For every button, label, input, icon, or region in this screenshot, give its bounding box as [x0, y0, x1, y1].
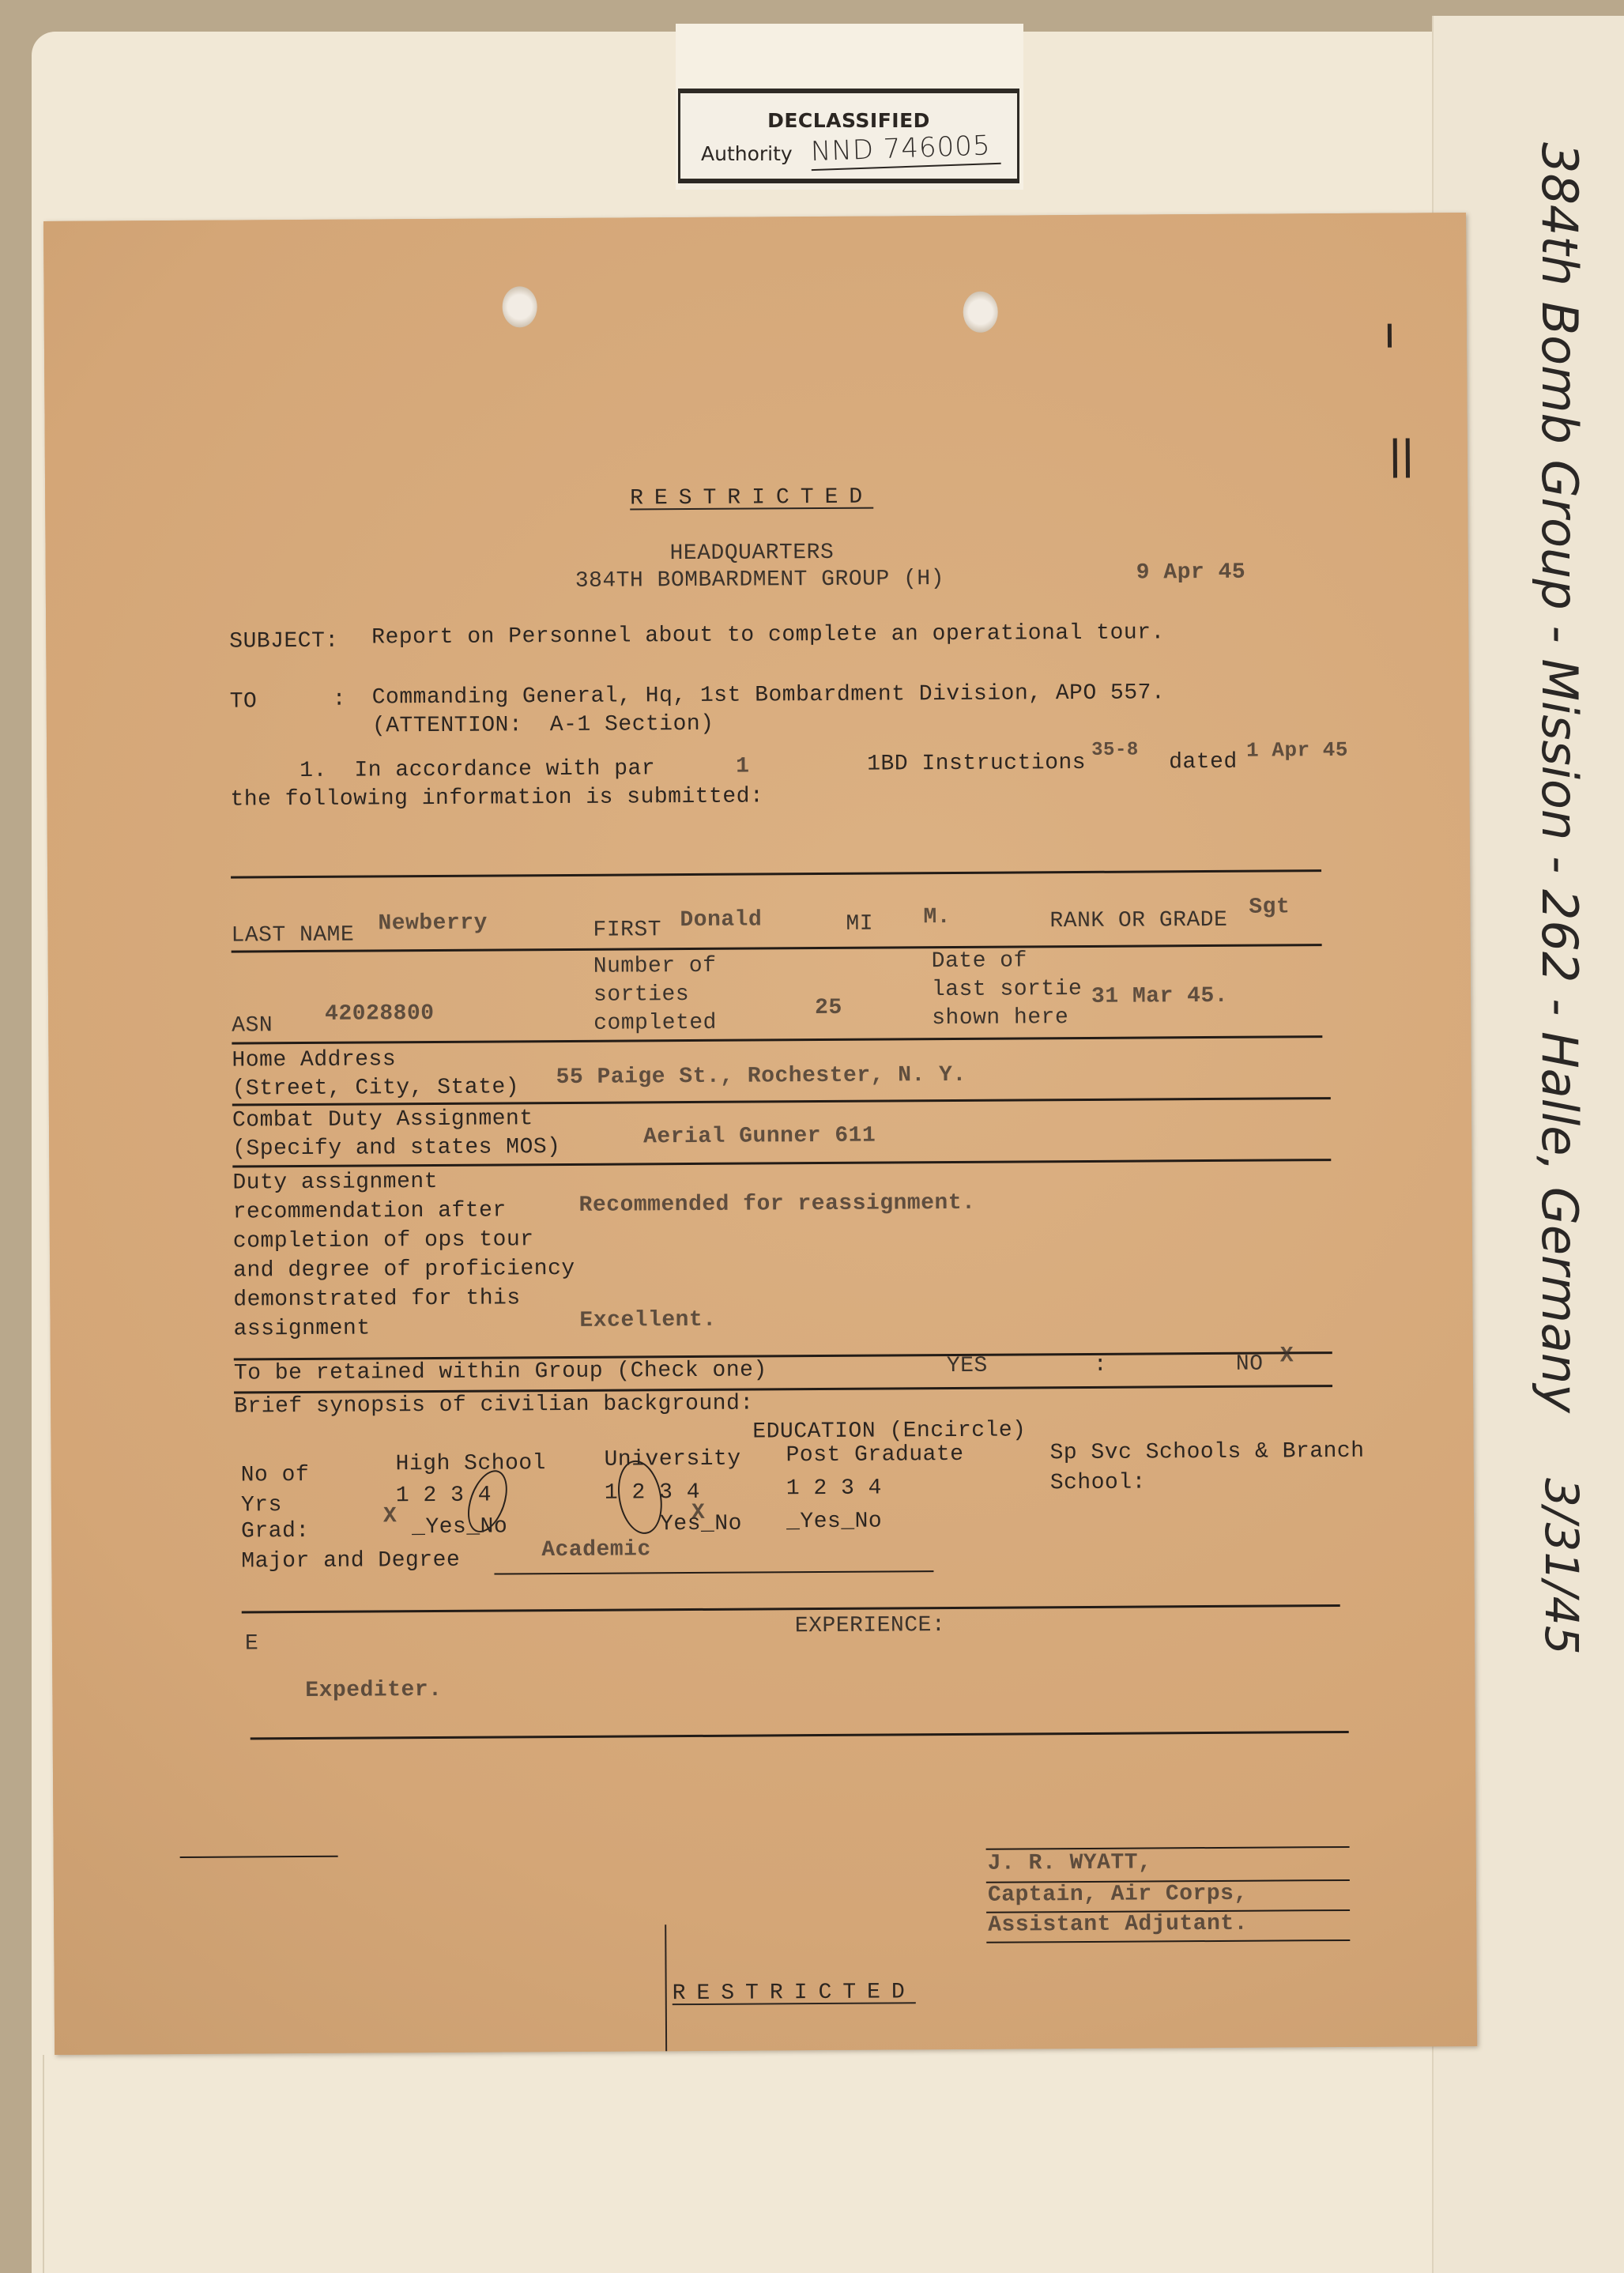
form-rule [251, 1731, 1349, 1740]
para1-dated-label: dated [1169, 750, 1238, 775]
margin-note: 384th Bomb Group - Mission - 262 - Halle… [1531, 142, 1588, 1413]
mi-label: MI [846, 912, 873, 937]
combat-duty-value: Aerial Gunner 611 [643, 1124, 876, 1150]
fold-crease [665, 1924, 667, 2051]
high-school-grad-mark: X [383, 1504, 398, 1529]
authority-value: NND 746005 [810, 130, 1000, 171]
duty-recommendation-value: Recommended for reassignment. [579, 1191, 976, 1218]
personnel-report-page: RESTRICTED HEADQUARTERS 384TH BOMBARDMEN… [43, 213, 1477, 2055]
signature-name: J. R. WYATT, [988, 1850, 1152, 1875]
to-line2: (ATTENTION: A-1 Section) [372, 712, 714, 739]
asn-value: 42028800 [325, 1001, 435, 1027]
retained-no-mark: X [1280, 1344, 1294, 1368]
experience-value: Expediter. [305, 1678, 442, 1703]
post-graduate-grad: _Yes_No [786, 1510, 882, 1535]
first-name-value: Donald [680, 907, 762, 933]
mi-value: M. [923, 905, 951, 929]
board-edge-line [43, 2055, 44, 2273]
classification-bottom: RESTRICTED [673, 1980, 916, 2006]
margin-note-date: 3/31/45 [1535, 1478, 1588, 1655]
signature-rule [986, 1846, 1350, 1850]
post-graduate-label: Post Graduate [786, 1442, 963, 1468]
ink-mark [1393, 439, 1397, 478]
special-schools-label: Sp Svc Schools & BranchSchool: [1049, 1437, 1364, 1498]
asn-label: ASN [232, 1013, 273, 1038]
experience-label: EXPERIENCE: [795, 1613, 946, 1638]
home-address-label: Home Address(Street, City, State) [232, 1045, 519, 1103]
retained-yes: YES [947, 1354, 988, 1378]
grad-label: Grad: [241, 1519, 310, 1544]
header-line2: 384TH BOMBARDMENT GROUP (H) [575, 567, 944, 594]
last-sortie-value: 31 Mar 45. [1091, 984, 1228, 1009]
fold-mark [180, 1856, 338, 1858]
authority-label: Authority [701, 142, 793, 165]
para1-line2: the following information is submitted: [230, 784, 763, 812]
major-degree-label: Major and Degree [241, 1548, 460, 1574]
last-name-label: LAST NAME [231, 923, 354, 948]
to-colon: : [333, 688, 347, 712]
experience-e: E [245, 1631, 259, 1656]
punch-hole-left [503, 286, 537, 327]
declassified-title: DECLASSIFIED [680, 109, 1017, 132]
ink-mark [1388, 324, 1392, 348]
post-graduate-years: 1 2 3 4 [786, 1476, 882, 1502]
high-school-grad: _Yes_No [412, 1514, 507, 1540]
classification-top: RESTRICTED [630, 485, 873, 511]
to-line1: Commanding General, Hq, 1st Bombardment … [372, 680, 1166, 710]
rank-value: Sgt [1249, 895, 1290, 919]
subject-text: Report on Personnel about to complete an… [371, 620, 1165, 650]
last-sortie-label: Date oflast sortieshown here [932, 947, 1083, 1033]
punch-hole-right [963, 292, 998, 333]
high-school-label: High School [396, 1451, 547, 1476]
form-rule [242, 1604, 1340, 1613]
no-of-yrs-label: No ofYrs [241, 1461, 310, 1521]
major-degree-underline [494, 1570, 933, 1574]
form-rule [234, 1385, 1332, 1393]
first-name-label: FIRST [593, 918, 661, 943]
declassified-stamp: DECLASSIFIED Authority NND 746005 [678, 89, 1019, 183]
home-address-value: 55 Paige St., Rochester, N. Y. [556, 1063, 966, 1090]
signature-title2: Assistant Adjutant. [988, 1912, 1248, 1938]
university-grad-mark: X [691, 1501, 706, 1525]
synopsis-label: Brief synopsis of civilian background: [234, 1392, 754, 1419]
education-label: EDUCATION (Encircle) [752, 1418, 1026, 1444]
signature-title1: Captain, Air Corps, [988, 1882, 1248, 1908]
combat-duty-label: Combat Duty Assignment(Specify and state… [232, 1105, 561, 1164]
retained-no: NO [1236, 1352, 1264, 1377]
para1-instr-label: 1BD Instructions [867, 751, 1086, 777]
form-rule [232, 944, 1322, 952]
to-label: TO [230, 689, 258, 714]
duty-proficiency-value: Excellent. [579, 1308, 716, 1333]
form-rule [232, 1035, 1322, 1044]
duty-assignment-label: Duty assignmentrecommendation aftercompl… [232, 1167, 575, 1344]
signature-rule [986, 1939, 1350, 1943]
ink-mark [1406, 438, 1410, 477]
retained-label: To be retained within Group (Check one) [234, 1358, 767, 1385]
para1-prefix: 1. In accordance with par [300, 756, 655, 783]
para1-dated: 1 Apr 45 [1246, 738, 1348, 763]
subject-label: SUBJECT: [229, 629, 339, 654]
last-name-value: Newberry [378, 911, 488, 937]
rank-label: RANK OR GRADE [1049, 908, 1227, 933]
form-rule [231, 869, 1321, 878]
para1-par: 1 [736, 755, 750, 779]
para1-instr: 35-8 [1091, 740, 1139, 761]
major-degree-value: Academic [541, 1537, 651, 1562]
sorties-value: 25 [815, 996, 842, 1020]
document-date: 9 Apr 45 [1136, 560, 1246, 586]
form-rule [234, 1351, 1332, 1360]
header-line1: HEADQUARTERS [669, 541, 834, 566]
retained-sep: : [1094, 1353, 1108, 1378]
sorties-label: Number ofsortiescompleted [593, 952, 717, 1038]
